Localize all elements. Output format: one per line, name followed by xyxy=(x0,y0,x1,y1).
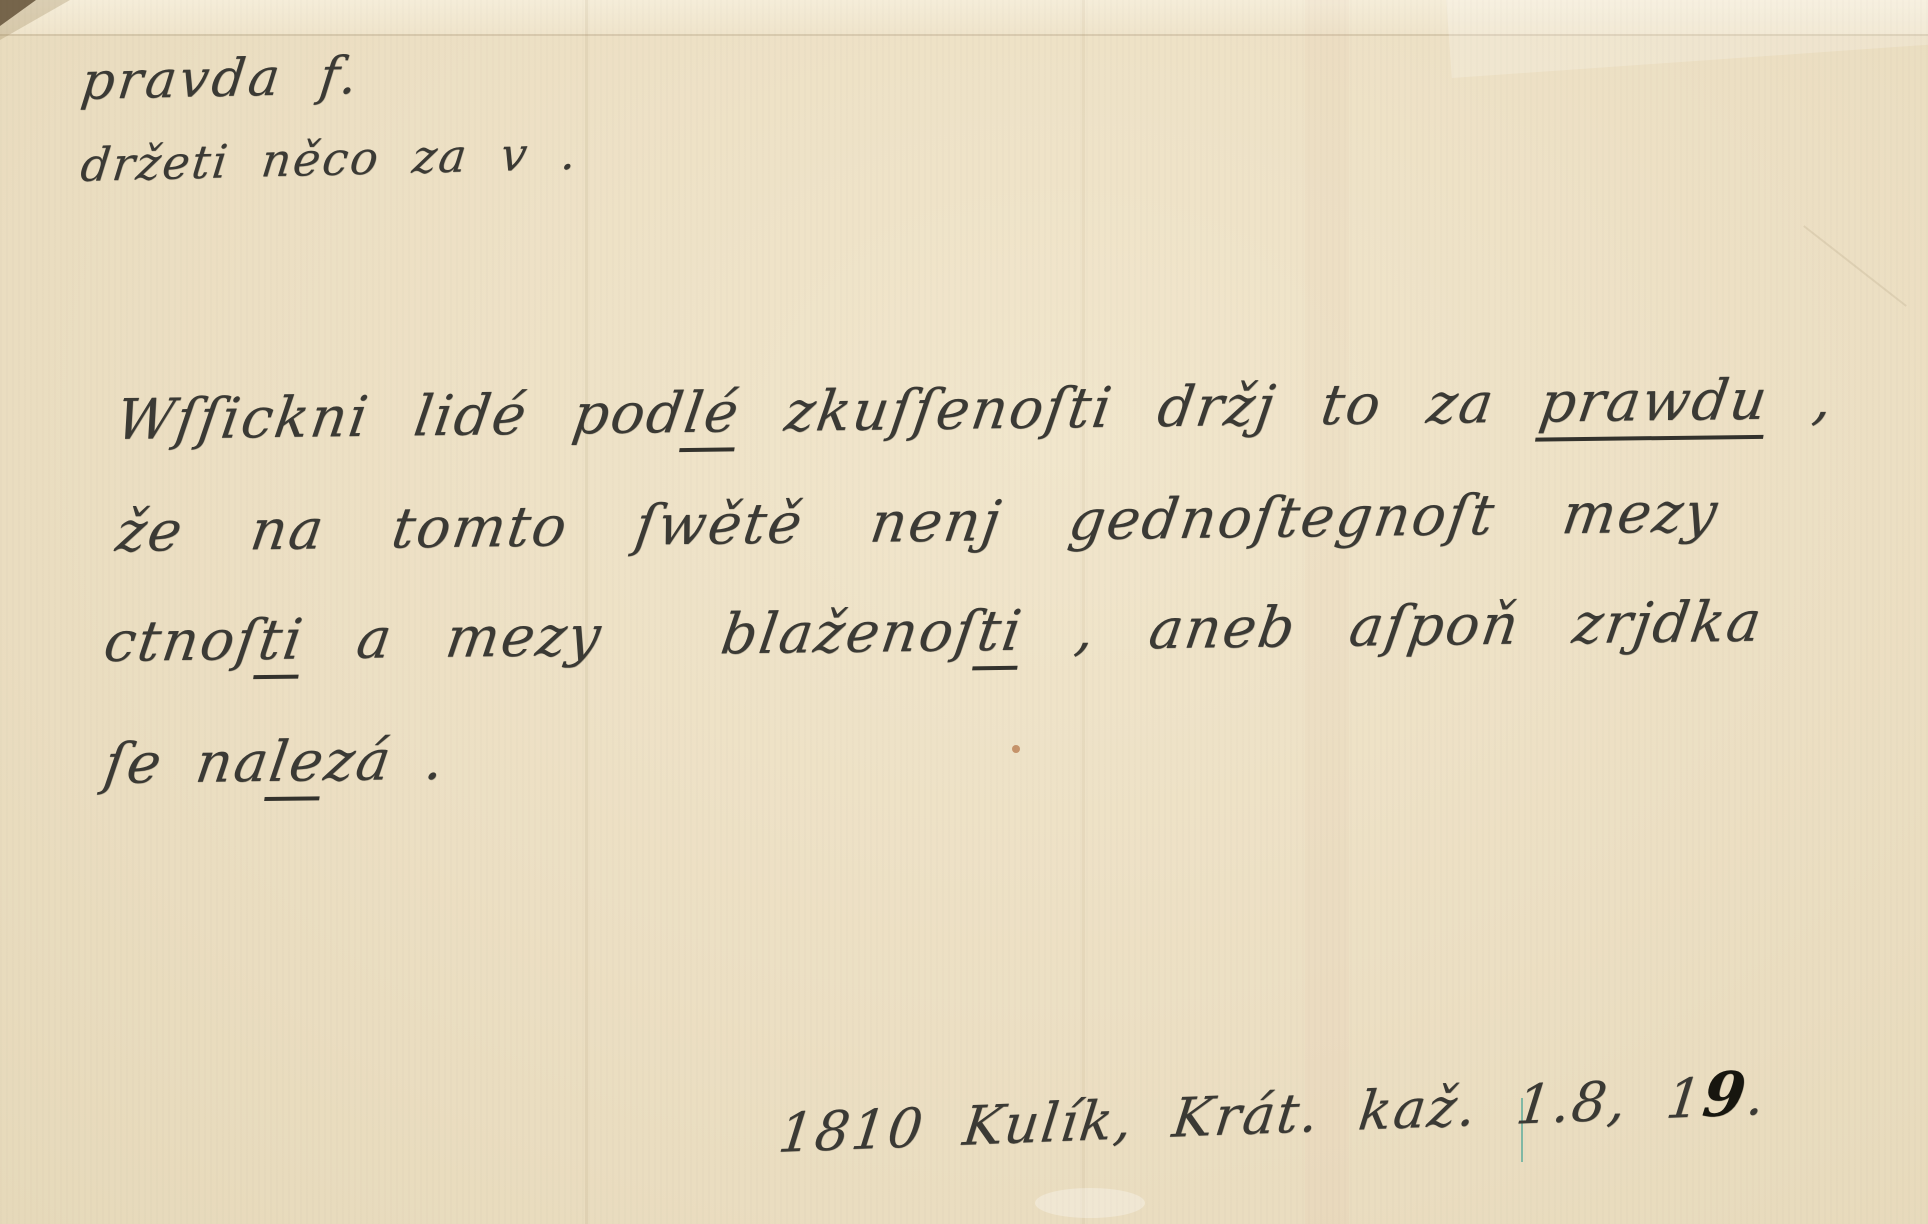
manuscript-line-1: Wſſickni lidé podlé zkuſſenoſti držj to … xyxy=(112,367,1839,453)
heading-term: pravda f. xyxy=(78,46,363,112)
paper-fold-top-right xyxy=(1445,0,1928,78)
corner-dark-wedge xyxy=(0,0,36,26)
manuscript-line-2: že na tomto ſwětě nenj gednoſtegnoſt mez… xyxy=(112,480,1723,565)
text-segment: zá . xyxy=(320,728,450,795)
text-segment: blaženoſ xyxy=(717,599,983,667)
citation-source: 1810 Kulík, Krát. kaž. 1.8, 1 xyxy=(775,1066,1707,1165)
scanned-card: pravda f. držeti něco za v . Wſſickni li… xyxy=(0,0,1928,1224)
text-segment: a mezy xyxy=(299,603,661,672)
heading-gloss: držeti něco za v . xyxy=(78,126,581,192)
paper-light-patch xyxy=(1035,1188,1145,1218)
manuscript-line-4: ſe nalezá . xyxy=(100,728,450,797)
paper-crease-right xyxy=(1803,225,1907,307)
text-segment: zkuſſenoſti držj to za xyxy=(735,370,1545,445)
citation-line: 1810 Kulík, Krát. kaž. 1.8, 19. xyxy=(775,1058,1771,1167)
text-segment: Wſſickni lidé pod xyxy=(112,381,689,453)
manuscript-line-3: ctnoſti a mezy blaženoſti , aneb aſpoň z… xyxy=(100,590,1767,675)
text-segment: ſe na xyxy=(100,730,275,797)
underlined-word: prawdu xyxy=(1535,368,1773,442)
text-segment: ctnoſ xyxy=(100,608,264,675)
text-segment: , aneb aſpoň zrjdka xyxy=(1018,590,1767,664)
paper-speck xyxy=(1012,745,1020,753)
text-segment: že na tomto ſwětě nenj gednoſtegnoſt mez… xyxy=(112,480,1723,565)
text-segment: , xyxy=(1763,367,1838,433)
